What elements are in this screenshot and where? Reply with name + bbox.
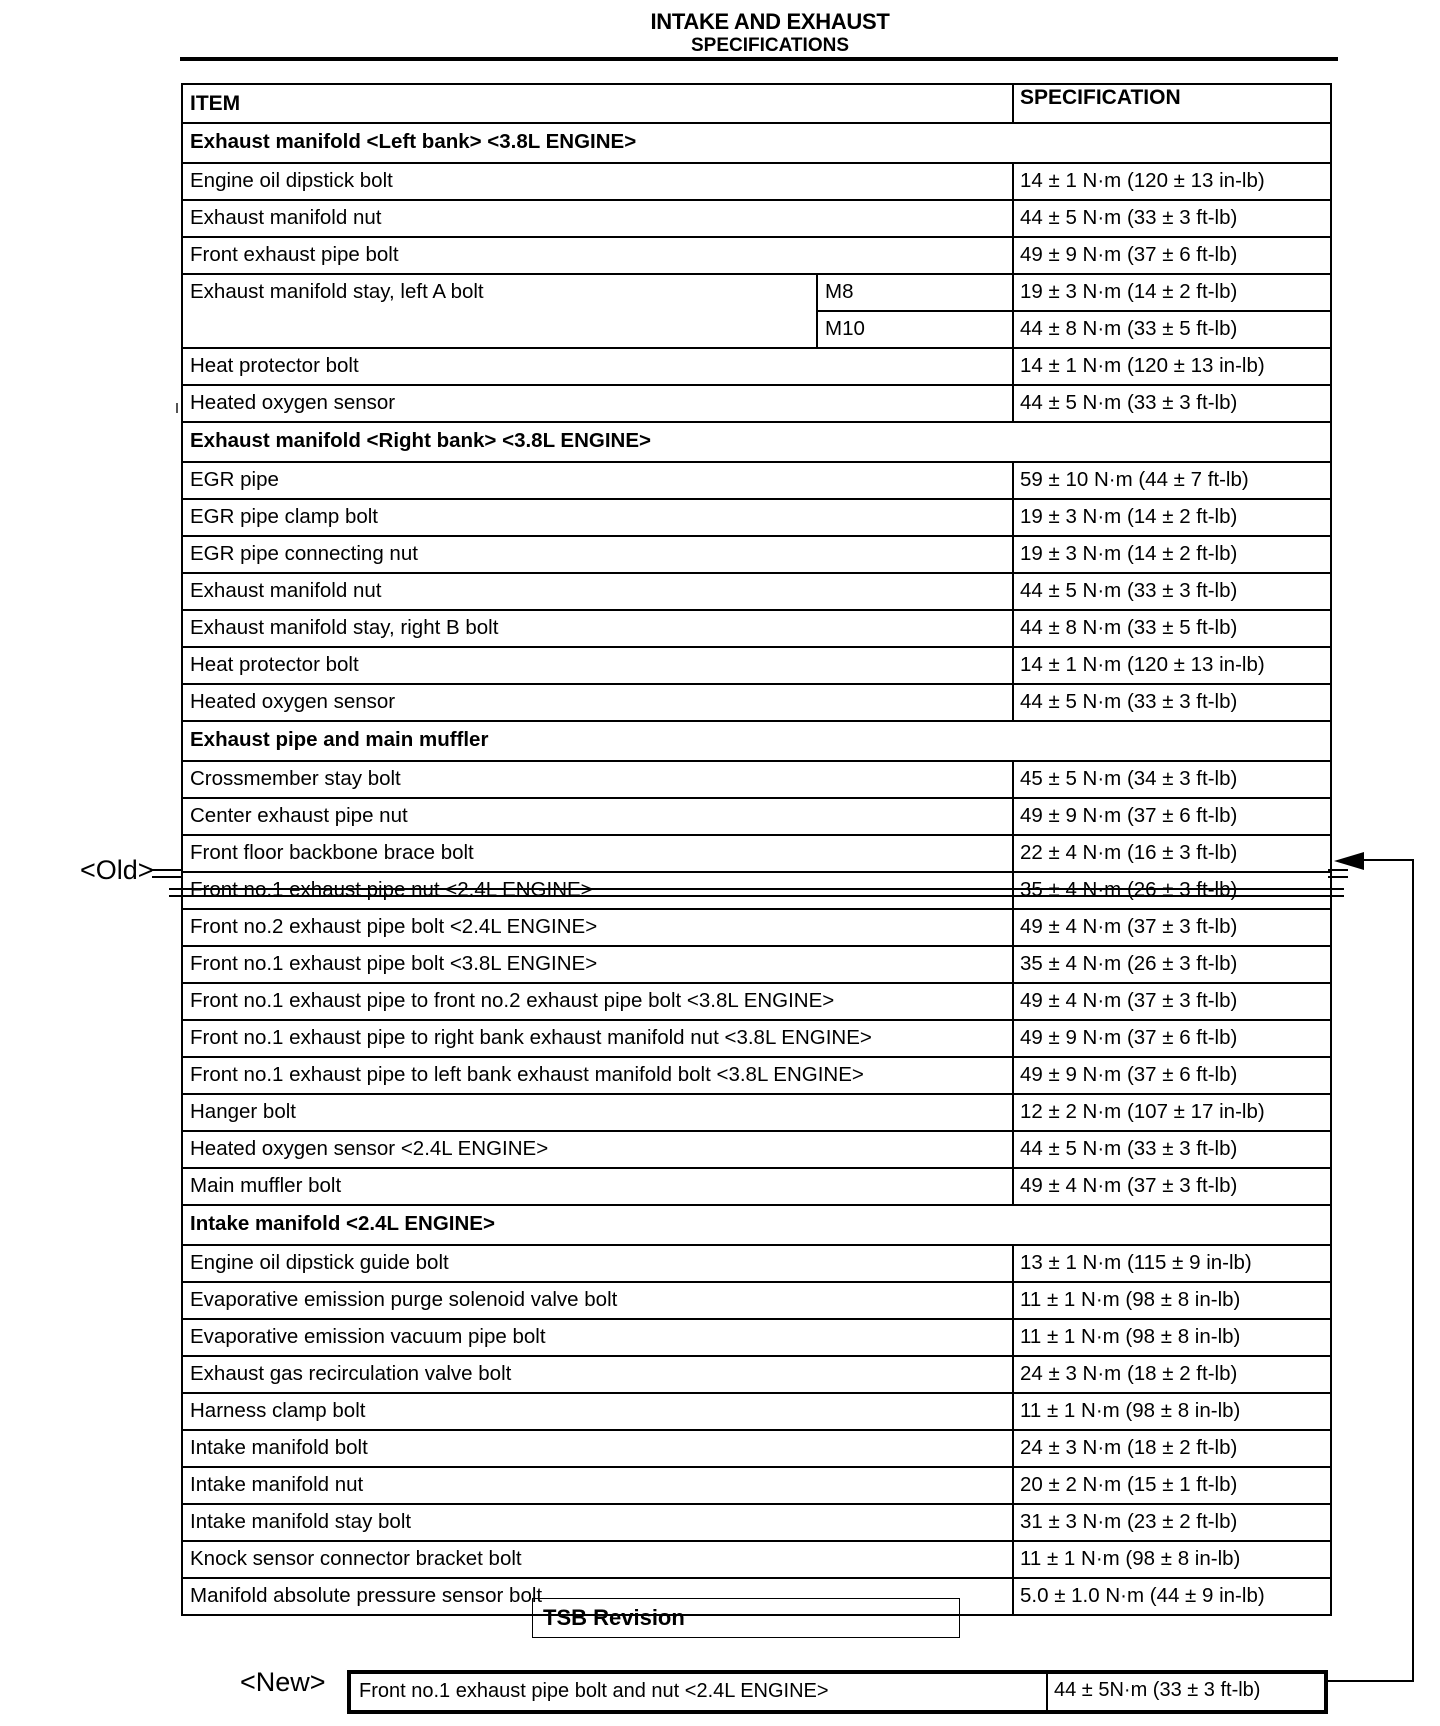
table-row: Heated oxygen sensor44 ± 5 N·m (33 ± 3 f… <box>183 386 1330 423</box>
item-name: Front no.1 exhaust pipe nut <2.4L ENGINE… <box>183 873 1012 908</box>
torque-spec: 44 ± 5 N·m (33 ± 3 ft-lb) <box>1012 201 1330 236</box>
specifications-table: ITEM SPECIFICATION Exhaust manifold <Lef… <box>181 83 1332 1616</box>
bolt-size: M10 <box>816 312 1012 347</box>
item-name: Heated oxygen sensor <box>183 685 1012 720</box>
column-header-item: ITEM <box>183 85 1012 122</box>
torque-spec: 14 ± 1 N·m (120 ± 13 in-lb) <box>1012 648 1330 683</box>
table-row: Evaporative emission vacuum pipe bolt11 … <box>183 1320 1330 1357</box>
item-name: Heated oxygen sensor <box>183 386 1012 421</box>
item-name: Engine oil dipstick guide bolt <box>183 1246 1012 1281</box>
item-name: Heat protector bolt <box>183 648 1012 683</box>
table-row: Exhaust manifold stay, right B bolt44 ± … <box>183 611 1330 648</box>
torque-spec: 14 ± 1 N·m (120 ± 13 in-lb) <box>1012 164 1330 199</box>
torque-spec: 13 ± 1 N·m (115 ± 9 in-lb) <box>1012 1246 1330 1281</box>
table-row: Exhaust manifold nut44 ± 5 N·m (33 ± 3 f… <box>183 574 1330 611</box>
item-name: Harness clamp bolt <box>183 1394 1012 1429</box>
item-name: Hanger bolt <box>183 1095 1012 1130</box>
section-row: Exhaust manifold <Right bank> <3.8L ENGI… <box>183 423 1330 463</box>
section-row: Exhaust manifold <Left bank> <3.8L ENGIN… <box>183 124 1330 164</box>
new-spec-item: Front no.1 exhaust pipe bolt and nut <2.… <box>351 1674 1046 1710</box>
sub-rows: M819 ± 3 N·m (14 ± 2 ft-lb)M1044 ± 8 N·m… <box>816 275 1330 347</box>
new-label: <New> <box>240 1667 326 1698</box>
torque-spec: 11 ± 1 N·m (98 ± 8 in-lb) <box>1012 1320 1330 1355</box>
table-row: EGR pipe clamp bolt19 ± 3 N·m (14 ± 2 ft… <box>183 500 1330 537</box>
table-row: Knock sensor connector bracket bolt11 ± … <box>183 1542 1330 1579</box>
table-row: EGR pipe59 ± 10 N·m (44 ± 7 ft-lb) <box>183 463 1330 500</box>
table-row: Front no.1 exhaust pipe to right bank ex… <box>183 1021 1330 1058</box>
item-name: Knock sensor connector bracket bolt <box>183 1542 1012 1577</box>
table-row: Engine oil dipstick bolt14 ± 1 N·m (120 … <box>183 164 1330 201</box>
connector-line <box>1364 859 1414 861</box>
scan-mark <box>176 403 178 413</box>
table-header-row: ITEM SPECIFICATION <box>183 85 1330 124</box>
torque-spec: 5.0 ± 1.0 N·m (44 ± 9 in-lb) <box>1012 1579 1330 1614</box>
item-name: Front no.1 exhaust pipe to right bank ex… <box>183 1021 1012 1056</box>
item-name: Intake manifold bolt <box>183 1431 1012 1466</box>
table-row: Front exhaust pipe bolt49 ± 9 N·m (37 ± … <box>183 238 1330 275</box>
item-name: Heat protector bolt <box>183 349 1012 384</box>
item-name: Front no.2 exhaust pipe bolt <2.4L ENGIN… <box>183 910 1012 945</box>
table-row: Front no.1 exhaust pipe bolt <3.8L ENGIN… <box>183 947 1330 984</box>
torque-spec: 19 ± 3 N·m (14 ± 2 ft-lb) <box>1012 537 1330 572</box>
table-row: Exhaust manifold nut44 ± 5 N·m (33 ± 3 f… <box>183 201 1330 238</box>
item-name: Main muffler bolt <box>183 1169 1012 1204</box>
torque-spec: 14 ± 1 N·m (120 ± 13 in-lb) <box>1012 349 1330 384</box>
torque-spec: 49 ± 4 N·m (37 ± 3 ft-lb) <box>1012 984 1330 1019</box>
torque-spec: 19 ± 3 N·m (14 ± 2 ft-lb) <box>1012 500 1330 535</box>
table-row: Heat protector bolt14 ± 1 N·m (120 ± 13 … <box>183 648 1330 685</box>
table-row: Intake manifold bolt24 ± 3 N·m (18 ± 2 f… <box>183 1431 1330 1468</box>
table-row: Exhaust gas recirculation valve bolt24 ±… <box>183 1357 1330 1394</box>
table-row: Front no.1 exhaust pipe to front no.2 ex… <box>183 984 1330 1021</box>
item-name: Front no.1 exhaust pipe to front no.2 ex… <box>183 984 1012 1019</box>
item-name: Exhaust manifold stay, left A bolt <box>183 275 816 347</box>
torque-spec: 24 ± 3 N·m (18 ± 2 ft-lb) <box>1012 1431 1330 1466</box>
item-name: Intake manifold nut <box>183 1468 1012 1503</box>
old-pointer-line <box>152 869 182 871</box>
table-row-obsolete: Front no.1 exhaust pipe nut <2.4L ENGINE… <box>183 873 1330 910</box>
table-row: Front no.1 exhaust pipe to left bank exh… <box>183 1058 1330 1095</box>
item-name: Front no.1 exhaust pipe bolt <3.8L ENGIN… <box>183 947 1012 982</box>
item-name: Engine oil dipstick bolt <box>183 164 1012 199</box>
torque-spec: 45 ± 5 N·m (34 ± 3 ft-lb) <box>1012 762 1330 797</box>
torque-spec: 35 ± 4 N·m (26 ± 3 ft-lb) <box>1012 873 1330 908</box>
torque-spec: 44 ± 8 N·m (33 ± 5 ft-lb) <box>1012 611 1330 646</box>
section-row: Exhaust pipe and main muffler <box>183 722 1330 762</box>
section-title: Exhaust manifold <Right bank> <3.8L ENGI… <box>183 423 1330 461</box>
new-spec-value: 44 ± 5N·m (33 ± 3 ft-lb) <box>1046 1674 1324 1710</box>
torque-spec: 31 ± 3 N·m (23 ± 2 ft-lb) <box>1012 1505 1330 1540</box>
table-row: Heated oxygen sensor <2.4L ENGINE>44 ± 5… <box>183 1132 1330 1169</box>
sub-row: M819 ± 3 N·m (14 ± 2 ft-lb) <box>816 275 1330 310</box>
torque-spec: 44 ± 8 N·m (33 ± 5 ft-lb) <box>1012 312 1330 347</box>
torque-spec: 11 ± 1 N·m (98 ± 8 in-lb) <box>1012 1283 1330 1318</box>
connector-line <box>1328 1680 1414 1682</box>
table-row: Front floor backbone brace bolt22 ± 4 N·… <box>183 836 1330 873</box>
torque-spec: 20 ± 2 N·m (15 ± 1 ft-lb) <box>1012 1468 1330 1503</box>
item-name: Center exhaust pipe nut <box>183 799 1012 834</box>
column-header-specification: SPECIFICATION <box>1012 85 1330 122</box>
item-name: Crossmember stay bolt <box>183 762 1012 797</box>
table-row: Engine oil dipstick guide bolt13 ± 1 N·m… <box>183 1246 1330 1283</box>
torque-spec: 44 ± 5 N·m (33 ± 3 ft-lb) <box>1012 574 1330 609</box>
torque-spec: 44 ± 5 N·m (33 ± 3 ft-lb) <box>1012 685 1330 720</box>
torque-spec: 44 ± 5 N·m (33 ± 3 ft-lb) <box>1012 1132 1330 1167</box>
torque-spec: 11 ± 1 N·m (98 ± 8 in-lb) <box>1012 1394 1330 1429</box>
sub-row: M1044 ± 8 N·m (33 ± 5 ft-lb) <box>816 310 1330 347</box>
section-title: Intake manifold <2.4L ENGINE> <box>183 1206 1330 1244</box>
torque-spec: 19 ± 3 N·m (14 ± 2 ft-lb) <box>1012 275 1330 310</box>
table-row: Intake manifold stay bolt31 ± 3 N·m (23 … <box>183 1505 1330 1542</box>
table-row: Heat protector bolt14 ± 1 N·m (120 ± 13 … <box>183 349 1330 386</box>
item-name: Exhaust manifold nut <box>183 201 1012 236</box>
table-row: Evaporative emission purge solenoid valv… <box>183 1283 1330 1320</box>
item-name: Front no.1 exhaust pipe to left bank exh… <box>183 1058 1012 1093</box>
item-name: Evaporative emission vacuum pipe bolt <box>183 1320 1012 1355</box>
torque-spec: 24 ± 3 N·m (18 ± 2 ft-lb) <box>1012 1357 1330 1392</box>
table-row: Exhaust manifold stay, left A boltM819 ±… <box>183 275 1330 349</box>
arrow-left-icon <box>1334 852 1364 870</box>
page-title: INTAKE AND EXHAUST <box>560 10 980 34</box>
torque-spec: 12 ± 2 N·m (107 ± 17 in-lb) <box>1012 1095 1330 1130</box>
item-name: Intake manifold stay bolt <box>183 1505 1012 1540</box>
item-name: Exhaust manifold stay, right B bolt <box>183 611 1012 646</box>
table-row: Crossmember stay bolt45 ± 5 N·m (34 ± 3 … <box>183 762 1330 799</box>
table-row: Intake manifold nut20 ± 2 N·m (15 ± 1 ft… <box>183 1468 1330 1505</box>
torque-spec: 49 ± 9 N·m (37 ± 6 ft-lb) <box>1012 799 1330 834</box>
torque-spec: 35 ± 4 N·m (26 ± 3 ft-lb) <box>1012 947 1330 982</box>
torque-spec: 44 ± 5 N·m (33 ± 3 ft-lb) <box>1012 386 1330 421</box>
torque-spec: 49 ± 9 N·m (37 ± 6 ft-lb) <box>1012 1058 1330 1093</box>
item-name: EGR pipe <box>183 463 1012 498</box>
section-row: Intake manifold <2.4L ENGINE> <box>183 1206 1330 1246</box>
torque-spec: 22 ± 4 N·m (16 ± 3 ft-lb) <box>1012 836 1330 871</box>
title-rule <box>180 57 1338 61</box>
item-name: Front floor backbone brace bolt <box>183 836 1012 871</box>
torque-spec: 49 ± 4 N·m (37 ± 3 ft-lb) <box>1012 1169 1330 1204</box>
item-name: Exhaust gas recirculation valve bolt <box>183 1357 1012 1392</box>
connector-line <box>1412 859 1414 1682</box>
item-name: Exhaust manifold nut <box>183 574 1012 609</box>
tsb-revision-box: TSB Revision <box>532 1598 960 1638</box>
torque-spec: 11 ± 1 N·m (98 ± 8 in-lb) <box>1012 1542 1330 1577</box>
old-strike-extension <box>1328 876 1348 878</box>
table-row: Heated oxygen sensor44 ± 5 N·m (33 ± 3 f… <box>183 685 1330 722</box>
bolt-size: M8 <box>816 275 1012 310</box>
new-spec-row: Front no.1 exhaust pipe bolt and nut <2.… <box>347 1670 1328 1714</box>
torque-spec: 49 ± 9 N·m (37 ± 6 ft-lb) <box>1012 238 1330 273</box>
item-name: EGR pipe clamp bolt <box>183 500 1012 535</box>
item-name: EGR pipe connecting nut <box>183 537 1012 572</box>
item-name: Evaporative emission purge solenoid valv… <box>183 1283 1012 1318</box>
section-title: Exhaust manifold <Left bank> <3.8L ENGIN… <box>183 124 1330 162</box>
torque-spec: 49 ± 4 N·m (37 ± 3 ft-lb) <box>1012 910 1330 945</box>
table-row: Front no.2 exhaust pipe bolt <2.4L ENGIN… <box>183 910 1330 947</box>
page-subtitle: SPECIFICATIONS <box>560 36 980 56</box>
table-row: Harness clamp bolt11 ± 1 N·m (98 ± 8 in-… <box>183 1394 1330 1431</box>
old-label: <Old> <box>80 855 154 886</box>
torque-spec: 59 ± 10 N·m (44 ± 7 ft-lb) <box>1012 463 1330 498</box>
table-row: EGR pipe connecting nut19 ± 3 N·m (14 ± … <box>183 537 1330 574</box>
section-title: Exhaust pipe and main muffler <box>183 722 1330 760</box>
table-row: Center exhaust pipe nut49 ± 9 N·m (37 ± … <box>183 799 1330 836</box>
item-name: Front exhaust pipe bolt <box>183 238 1012 273</box>
table-row: Hanger bolt12 ± 2 N·m (107 ± 17 in-lb) <box>183 1095 1330 1132</box>
item-name: Heated oxygen sensor <2.4L ENGINE> <box>183 1132 1012 1167</box>
old-pointer-line <box>152 876 182 878</box>
table-row: Main muffler bolt49 ± 4 N·m (37 ± 3 ft-l… <box>183 1169 1330 1206</box>
torque-spec: 49 ± 9 N·m (37 ± 6 ft-lb) <box>1012 1021 1330 1056</box>
